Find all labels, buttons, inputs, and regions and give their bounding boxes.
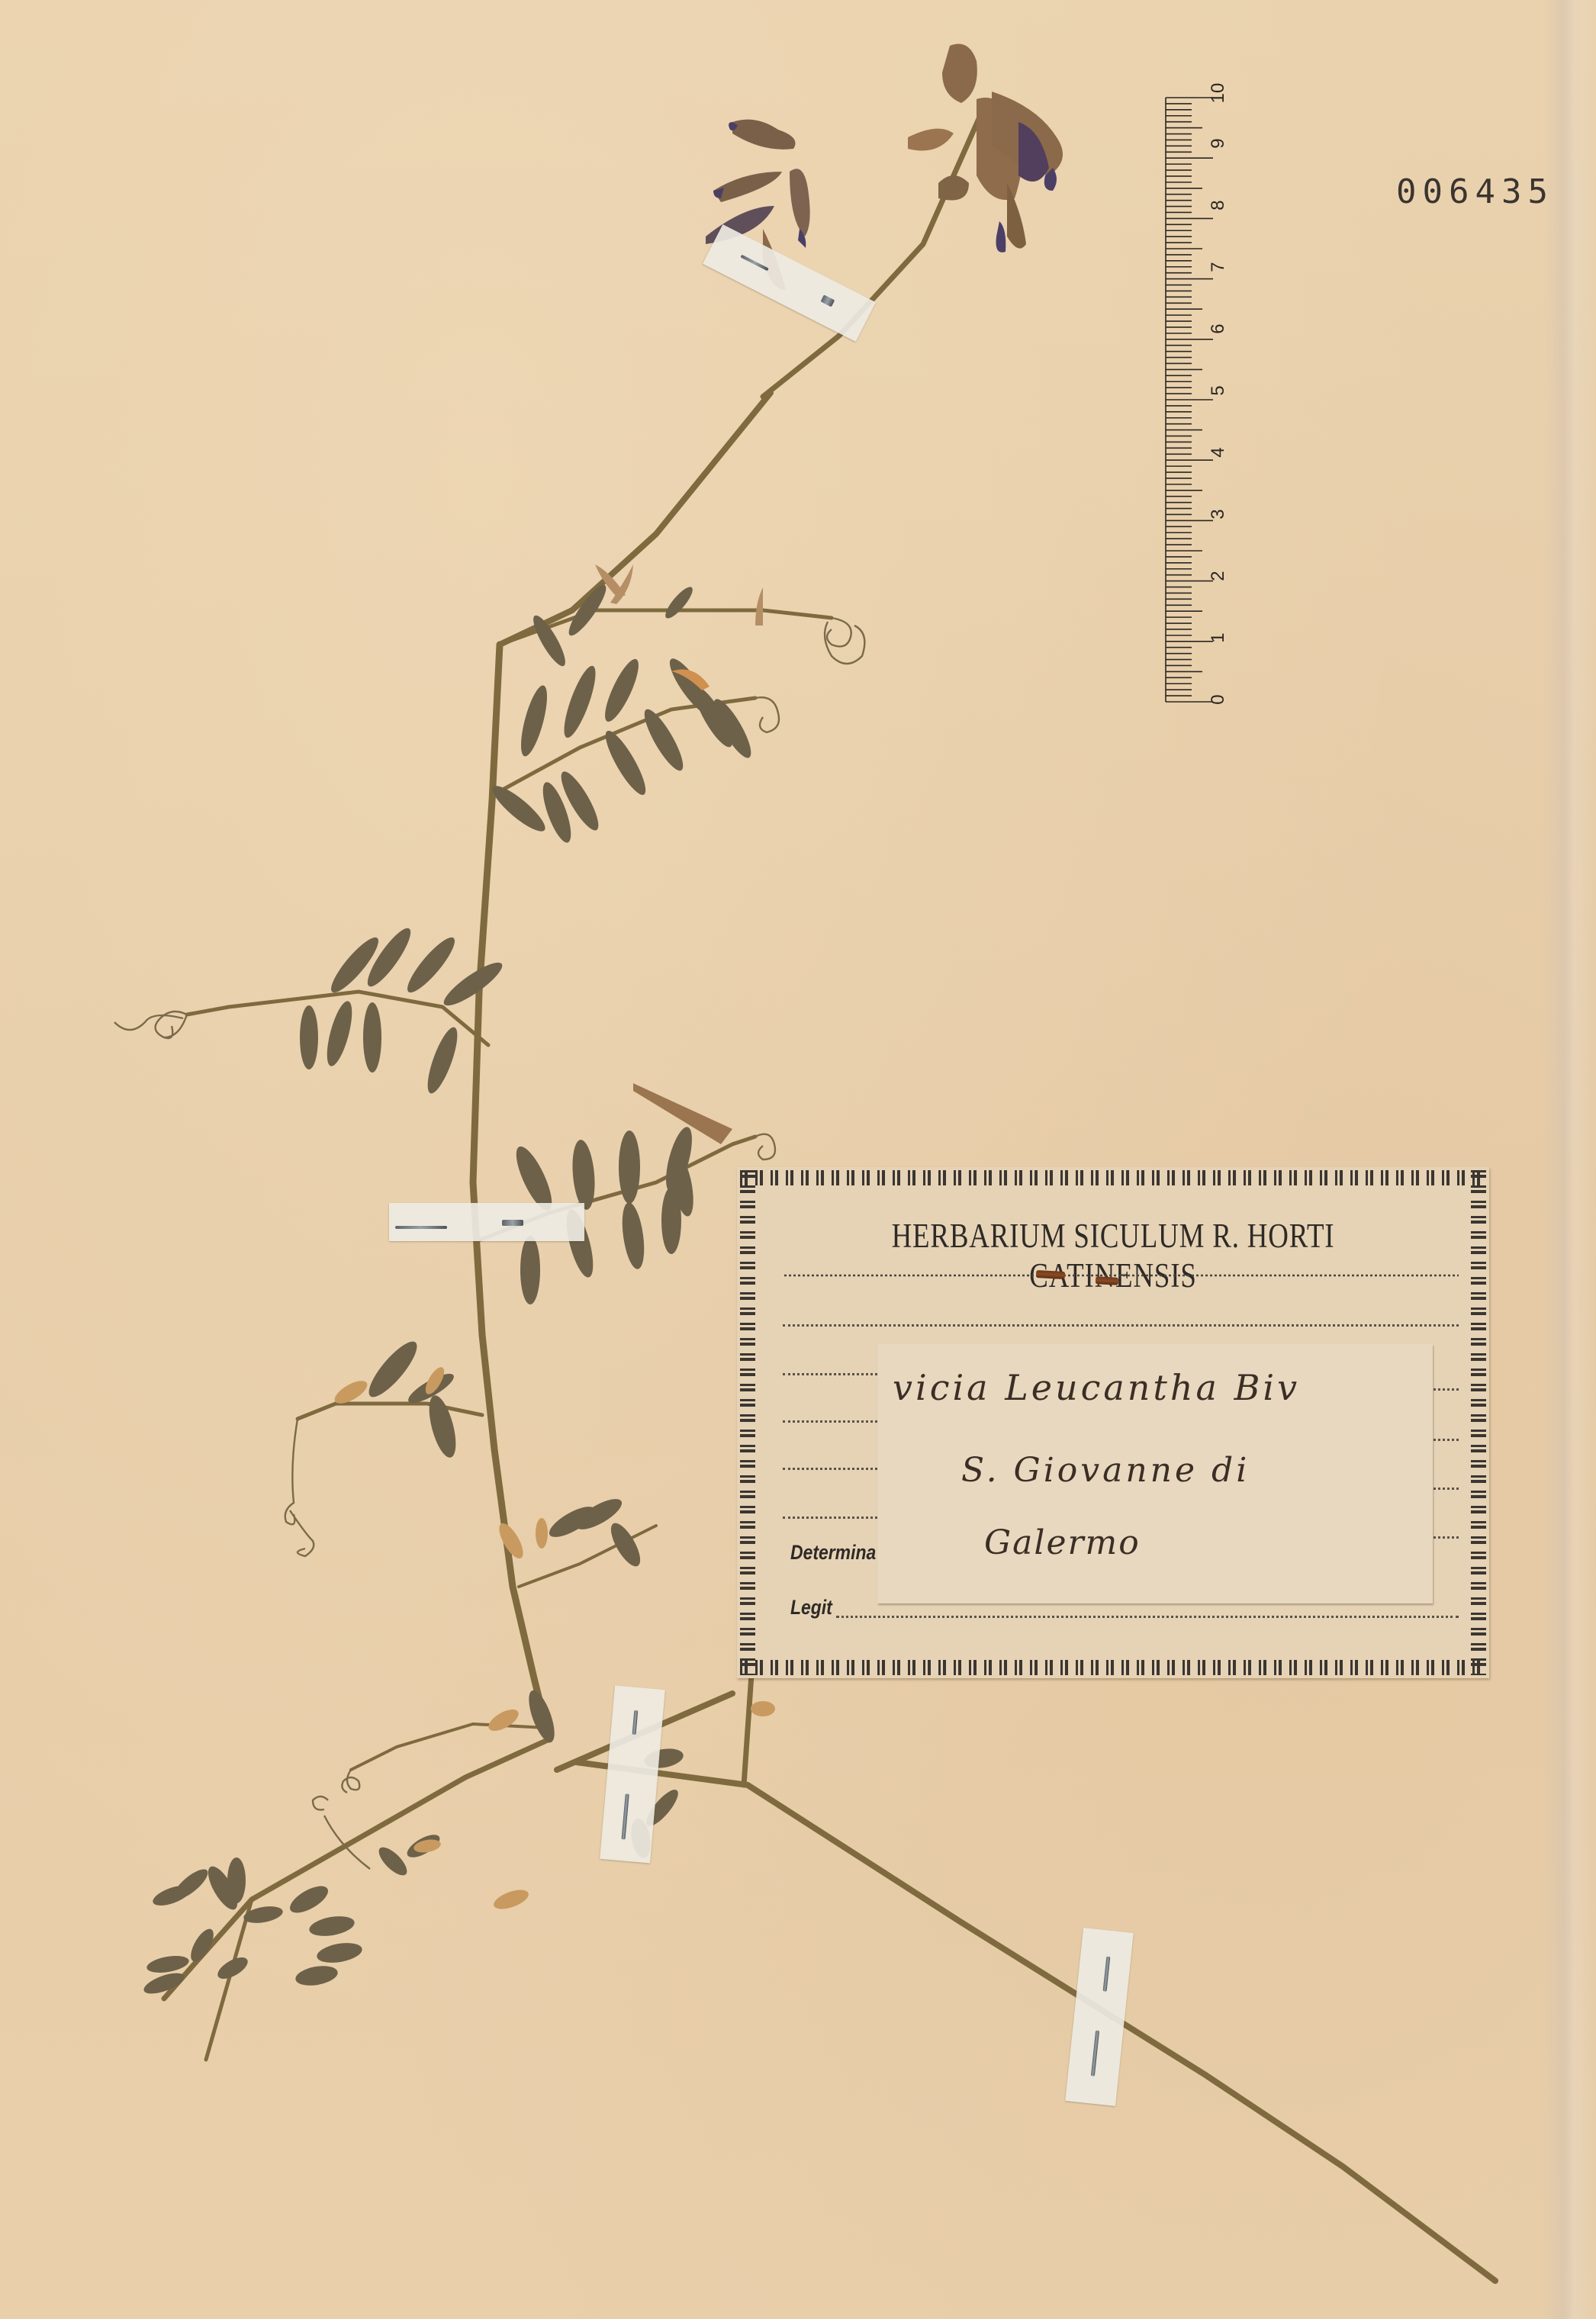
dotted-line [1428,1439,1459,1441]
legit-label: Legit [790,1596,832,1619]
calyx-upper [595,564,763,690]
pin-icon [395,1226,447,1229]
pin-icon [740,255,768,272]
rusty-pin [1036,1270,1065,1279]
pin-icon [1103,1957,1111,1992]
dotted-line [783,1373,882,1375]
plant-specimen [0,0,1596,2319]
dotted-line [783,1517,882,1519]
pin-icon [622,1793,629,1839]
pin-icon [632,1710,639,1735]
pin-icon [502,1220,523,1226]
locality-line-1: S. Giovanne di [961,1451,1250,1490]
dotted-line [783,1468,882,1470]
rusty-pin [1096,1276,1118,1285]
determinavit-label: Determina [790,1541,876,1565]
locality-line-2: Galermo [984,1523,1141,1562]
mounting-tape-middle [389,1203,584,1241]
dotted-line [783,1324,1459,1327]
handwritten-slip: vicia Leucantha Biv S. Giovanne di Galer… [877,1344,1433,1603]
dotted-line [1428,1488,1459,1490]
dotted-line [783,1420,882,1423]
dotted-line [1428,1536,1459,1539]
dotted-line [1428,1388,1459,1391]
pin-icon [1091,2031,1099,2076]
legit-dotted-line [836,1616,1459,1618]
taxon-name: vicia Leucantha Biv [893,1367,1300,1408]
pin-icon [820,294,835,307]
